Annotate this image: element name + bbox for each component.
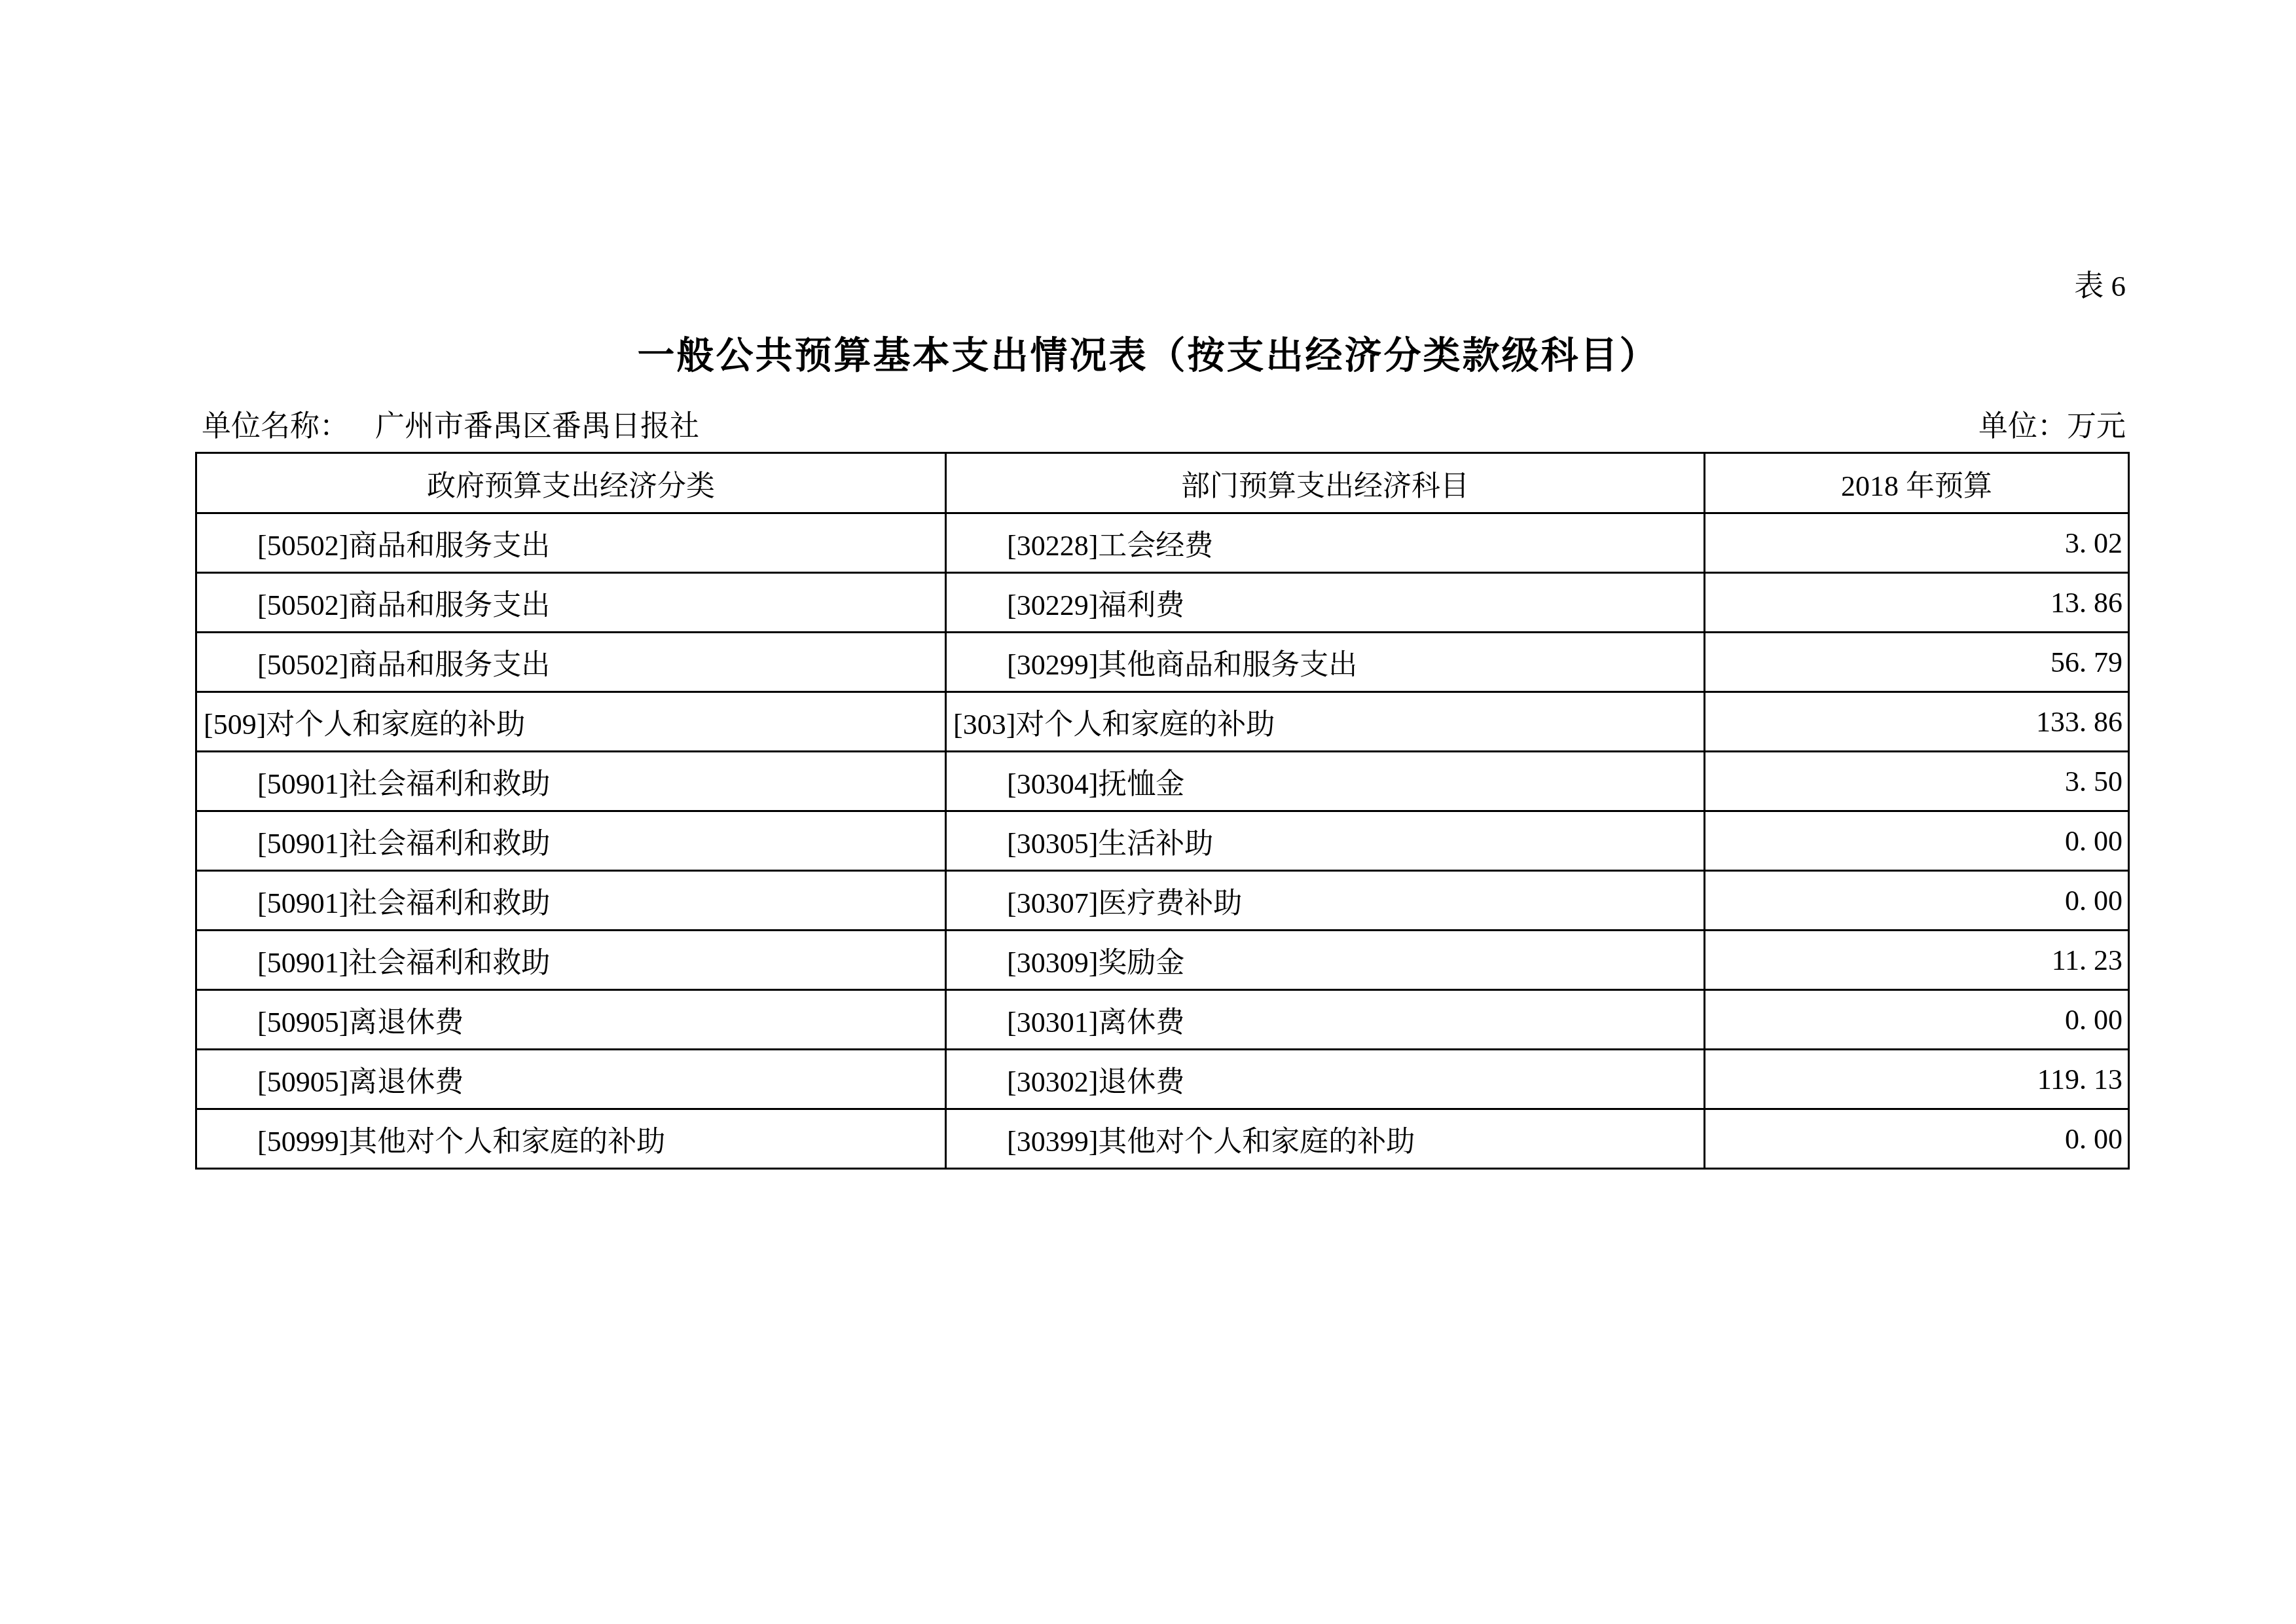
table-header-row: 政府预算支出经济分类 部门预算支出经济科目 2018 年预算 (196, 453, 2129, 513)
gov-class-cell: [50502]商品和服务支出 (196, 633, 946, 692)
budget-value-cell: 133. 86 (1705, 692, 2129, 752)
table-row: [50901]社会福利和救助 [30309]奖励金 11. 23 (196, 931, 2129, 990)
gov-class-cell: [50901]社会福利和救助 (196, 931, 946, 990)
table-row: [50901]社会福利和救助 [30305]生活补助 0. 00 (196, 811, 2129, 871)
unit-label: 单位：万元 (1978, 402, 2126, 445)
table-row: [509]对个人和家庭的补助 [303]对个人和家庭的补助 133. 86 (196, 692, 2129, 752)
dept-subject-cell: [30399]其他对个人和家庭的补助 (946, 1109, 1705, 1169)
dept-subject-cell: [30307]医疗费补助 (946, 871, 1705, 931)
dept-subject-cell: [30305]生活补助 (946, 811, 1705, 871)
table-row: [50502]商品和服务支出 [30229]福利费 13. 86 (196, 573, 2129, 633)
budget-value-cell: 11. 23 (1705, 931, 2129, 990)
dept-subject-cell: [30301]离休费 (946, 990, 1705, 1050)
budget-value-cell: 3. 02 (1705, 513, 2129, 573)
budget-table: 政府预算支出经济分类 部门预算支出经济科目 2018 年预算 [50502]商品… (195, 452, 2130, 1170)
gov-class-cell: [50905]离退休费 (196, 990, 946, 1050)
table-row: [50905]离退休费 [30301]离休费 0. 00 (196, 990, 2129, 1050)
document-page: 表 6 一般公共预算基本支出情况表（按支出经济分类款级科目） 单位名称： 广州市… (0, 0, 2296, 1624)
gov-class-cell: [50905]离退休费 (196, 1050, 946, 1109)
page-title: 一般公共预算基本支出情况表（按支出经济分类款级科目） (0, 325, 2296, 379)
budget-value-cell: 3. 50 (1705, 752, 2129, 811)
meta-row: 单位名称： 广州市番禺区番禺日报社 单位：万元 (202, 402, 2126, 445)
sheet-number: 表 6 (2074, 262, 2126, 304)
table-row: [50999]其他对个人和家庭的补助 [30399]其他对个人和家庭的补助 0.… (196, 1109, 2129, 1169)
budget-value-cell: 56. 79 (1705, 633, 2129, 692)
dept-subject-cell: [30229]福利费 (946, 573, 1705, 633)
dept-subject-cell: [30309]奖励金 (946, 931, 1705, 990)
col-header-budget-2018: 2018 年预算 (1705, 453, 2129, 513)
table-row: [50901]社会福利和救助 [30304]抚恤金 3. 50 (196, 752, 2129, 811)
unit-name-label: 单位名称： (202, 402, 349, 445)
table-row: [50502]商品和服务支出 [30299]其他商品和服务支出 56. 79 (196, 633, 2129, 692)
budget-value-cell: 0. 00 (1705, 1109, 2129, 1169)
gov-class-cell: [50901]社会福利和救助 (196, 752, 946, 811)
unit-name-value: 广州市番禺区番禺日报社 (375, 402, 699, 445)
gov-class-cell: [50901]社会福利和救助 (196, 811, 946, 871)
budget-value-cell: 0. 00 (1705, 871, 2129, 931)
budget-value-cell: 13. 86 (1705, 573, 2129, 633)
col-header-dept-subject: 部门预算支出经济科目 (946, 453, 1705, 513)
dept-subject-cell: [30299]其他商品和服务支出 (946, 633, 1705, 692)
table-row: [50502]商品和服务支出 [30228]工会经费 3. 02 (196, 513, 2129, 573)
gov-class-cell: [50999]其他对个人和家庭的补助 (196, 1109, 946, 1169)
col-header-gov-class: 政府预算支出经济分类 (196, 453, 946, 513)
dept-subject-cell: [30304]抚恤金 (946, 752, 1705, 811)
dept-subject-cell: [303]对个人和家庭的补助 (946, 692, 1705, 752)
table-row: [50901]社会福利和救助 [30307]医疗费补助 0. 00 (196, 871, 2129, 931)
dept-subject-cell: [30228]工会经费 (946, 513, 1705, 573)
gov-class-cell: [509]对个人和家庭的补助 (196, 692, 946, 752)
gov-class-cell: [50502]商品和服务支出 (196, 573, 946, 633)
gov-class-cell: [50901]社会福利和救助 (196, 871, 946, 931)
budget-value-cell: 0. 00 (1705, 990, 2129, 1050)
dept-subject-cell: [30302]退休费 (946, 1050, 1705, 1109)
gov-class-cell: [50502]商品和服务支出 (196, 513, 946, 573)
budget-value-cell: 119. 13 (1705, 1050, 2129, 1109)
budget-value-cell: 0. 00 (1705, 811, 2129, 871)
table-row: [50905]离退休费 [30302]退休费 119. 13 (196, 1050, 2129, 1109)
unit-name: 单位名称： 广州市番禺区番禺日报社 (202, 402, 699, 445)
